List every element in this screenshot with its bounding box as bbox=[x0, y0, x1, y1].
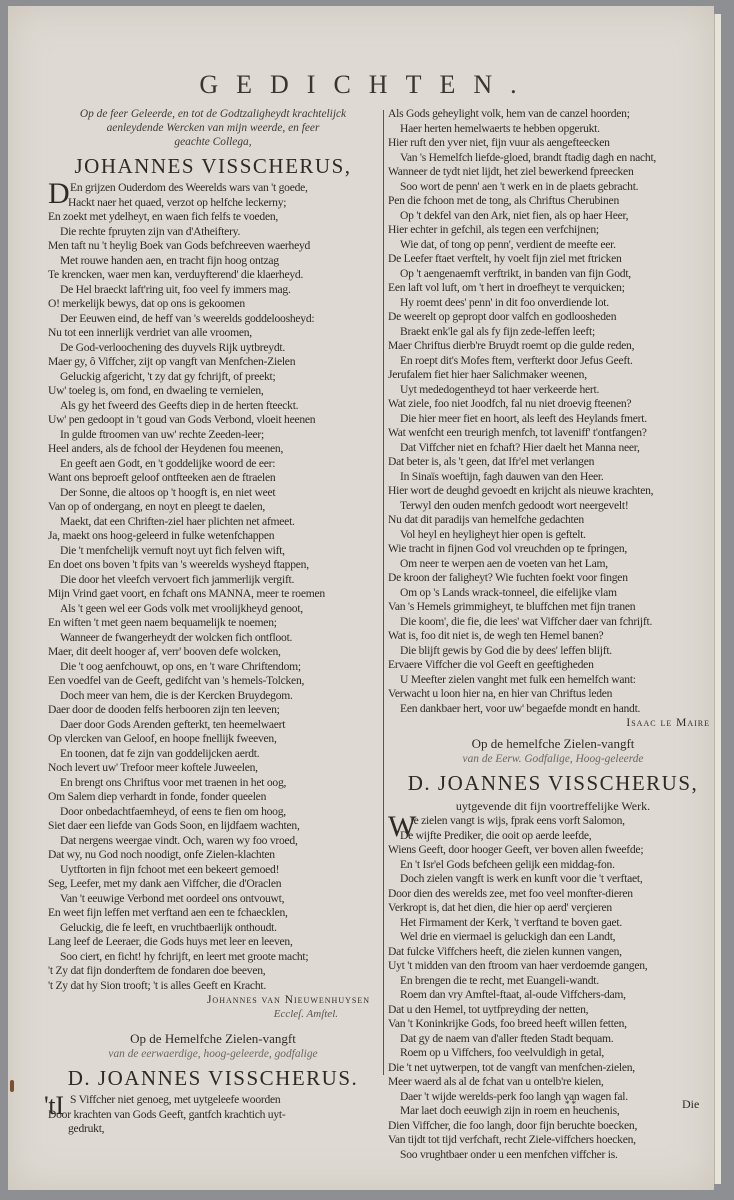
verse-line: Dat u den Hemel, tot uytfpreyding der ne… bbox=[388, 1003, 718, 1018]
verse-line: De weerelt op gepropt door valfch en god… bbox=[388, 310, 718, 325]
poem2-intro-sub: van de eerwaerdige, hoog-geleerde, godfa… bbox=[48, 1047, 378, 1061]
poem3-intro-sub: van de Eerw. Godfalige, Hoog-geleerde bbox=[388, 752, 718, 766]
verse-line: Te krencken, waer men kan, verduyfterend… bbox=[48, 268, 378, 283]
verse-line: De wijfte Prediker, die ooit op aerde le… bbox=[388, 829, 718, 844]
poem3-subheading: uytgevende dit fijn voortreffelijke Werk… bbox=[388, 798, 718, 814]
verse-line: Om neer te werpen aen de voeten van het … bbox=[388, 557, 718, 572]
verse-line: Maer gy, ô Viffcher, zijt op vangft van … bbox=[48, 355, 378, 370]
verse-line: Wat wenfcht een treurigh menfch, tot lav… bbox=[388, 426, 718, 441]
verse-line: Ervaere Viffcher die vol Geeft en geefti… bbox=[388, 658, 718, 673]
verse-line: Dat gy de naem van d'aller fteden Stadt … bbox=[388, 1032, 718, 1047]
verse-line: Uyt mededogentheyd tot haer verkeerde he… bbox=[388, 383, 718, 398]
verse-line: En zoekt met ydelheyt, en waen fich felf… bbox=[48, 210, 378, 225]
verse-line: Als 't geen wel eer Gods volk met vrooli… bbox=[48, 602, 378, 617]
verse-line: Soo vrughtbaer onder u een menfchen viff… bbox=[388, 1148, 718, 1163]
verse-line: Vol heyl en heyligheyt hier open is geft… bbox=[388, 528, 718, 543]
verse-line: Lang leef de Leeraer, die Gods huys met … bbox=[48, 935, 378, 950]
verse-line: Maekt, dat een Chriften-ziel haer plicht… bbox=[48, 515, 378, 530]
verse-line: Mar laet doch eeuwigh zijn in roem en he… bbox=[388, 1104, 718, 1119]
poem3-intro-title: Op de hemelfche Zielen-vangft bbox=[388, 736, 718, 752]
verse-line: Noch levert uw' Trefoor meer koftele Juw… bbox=[48, 761, 378, 776]
intro-line: geachte Collega, bbox=[48, 135, 378, 149]
right-column: Als Gods geheylight volk, hem van de can… bbox=[388, 107, 718, 1162]
verse-line: En doet ons boven 't fpits van 's weerel… bbox=[48, 558, 378, 573]
verse-line: Soo ciert, en ficht! hy fchrijft, en lee… bbox=[48, 950, 378, 965]
verse-line: Der Sonne, die altoos op 't hoogft is, e… bbox=[48, 486, 378, 501]
verse-line: Hier ruft den yver niet, fijn vuur als a… bbox=[388, 136, 718, 151]
verse-line: Op 't dekfel van den Ark, niet fien, als… bbox=[388, 209, 718, 224]
verse-line: Jerufalem fiet hier haer Salichmaker wee… bbox=[388, 368, 718, 383]
verse-line: Geluckig, die fe leeft, en vruchtbaerlij… bbox=[48, 921, 378, 936]
poem1-signature-sub: Eccleſ. Amſtel. bbox=[48, 1007, 378, 1021]
verse-line: En 't Isr'el Gods befcheen gelijk een mi… bbox=[388, 858, 718, 873]
verse-line: Om op 's Lands wrack-tonneel, die eifeli… bbox=[388, 586, 718, 601]
verse-line: Om Salem diep verhardt in fonde, fonder … bbox=[48, 790, 378, 805]
verse-line: En toonen, dat fe zijn van goddelijcken … bbox=[48, 747, 378, 762]
verse-line: Die 't menfchelijk vernuft noyt uyt fich… bbox=[48, 544, 378, 559]
verse-line: Dat beter is, als 't geen, dat Ifr'el me… bbox=[388, 455, 718, 470]
verse-line: gedrukt, bbox=[48, 1122, 378, 1137]
verse-line: Door krachten van Gods Geeft, gantfch kr… bbox=[48, 1108, 378, 1123]
verse-line: Daer door Gods Arenden gefterkt, ten hee… bbox=[48, 718, 378, 733]
intro-line: Op de feer Geleerde, en tot de Godtzalig… bbox=[48, 107, 378, 121]
verse-line: Een laft vol luft, om 't hert in droefhe… bbox=[388, 281, 718, 296]
verse-line: Doch meer van hem, die is der Kercken Br… bbox=[48, 689, 378, 704]
verse-line: Dat Viffcher niet en fchaft? Hier daelt … bbox=[388, 441, 718, 456]
page-title: GEDICHTEN. bbox=[0, 70, 734, 100]
verse-line: Van 's Hemels grimmigheyt, te bluffchen … bbox=[388, 600, 718, 615]
poem1-continued-body: Als Gods geheylight volk, hem van de can… bbox=[388, 107, 718, 716]
verse-line: Die rechte fpruyten zijn van d'Atheifter… bbox=[48, 225, 378, 240]
verse-line: Door onbedachtfaemheyd, of eens te fien … bbox=[48, 805, 378, 820]
verse-line: Wel drie en viermael is geluckigh dan ee… bbox=[388, 930, 718, 945]
verse-line: In Sinaïs woeftijn, fagh dauwen van den … bbox=[388, 470, 718, 485]
left-column: Op de feer Geleerde, en tot de Godtzalig… bbox=[48, 107, 378, 1137]
verse-line: Met rouwe handen aen, en tracht fijn hoo… bbox=[48, 254, 378, 269]
verse-line: Het Firmament der Kerk, 't verftand te b… bbox=[388, 916, 718, 931]
verse-line: Hy roemt dees' penn' in dit foo onverdie… bbox=[388, 296, 718, 311]
verse-line: De Hel braeckt laft'ring uit, foo veel f… bbox=[48, 283, 378, 298]
verse-line: En geeft aen Godt, en 't goddelijke woor… bbox=[48, 457, 378, 472]
verse-text: En grijzen Ouderdom des Weerelds wars va… bbox=[70, 181, 308, 194]
verse-line: Want ons beproeft geloof ontfteeken aen … bbox=[48, 471, 378, 486]
verse-line: Als gy het fweerd des Geefts diep in de … bbox=[48, 399, 378, 414]
verse-line: Van 's Hemelfch liefde-gloed, brandt fta… bbox=[388, 151, 718, 166]
verse-line: DEn grijzen Ouderdom des Weerelds wars v… bbox=[48, 181, 378, 196]
poem1-signature: Johannes van Nieuwenhuysen bbox=[48, 993, 378, 1007]
verse-line: Door dien des werelds zee, met foo veel … bbox=[388, 887, 718, 902]
verse-line: De God-verloochening des duyvels Rijk uy… bbox=[48, 341, 378, 356]
verse-line: Soo wort de penn' aen 't werk en in de p… bbox=[388, 180, 718, 195]
verse-line: Pen die fchoon met de tong, als Chriftus… bbox=[388, 194, 718, 209]
drop-cap: W bbox=[388, 812, 416, 842]
verse-line: Men taft nu 't heylig Boek van Gods befc… bbox=[48, 239, 378, 254]
verse-line: Uyt 't midden van den ftroom van haer ve… bbox=[388, 959, 718, 974]
verse-line: Hier wort de deughd gevoedt en krijcht a… bbox=[388, 484, 718, 499]
verse-line: Daer 't wijde werelds-perk foo langh van… bbox=[388, 1090, 718, 1105]
verse-line: De kroon der faligheyt? Wie fuchten foek… bbox=[388, 571, 718, 586]
verse-line: Verwacht u loon hier na, en hier van Chr… bbox=[388, 687, 718, 702]
verse-text: S Viffcher niet genoeg, met uytgeleefe w… bbox=[70, 1093, 280, 1106]
verse-line: Meer waerd als al de fchat van u ontelb'… bbox=[388, 1075, 718, 1090]
verse-line: Dat wy, nu God noch noodigt, onfe Zielen… bbox=[48, 848, 378, 863]
poem3-body: WIe zielen vangt is wijs, fprak eens vor… bbox=[388, 814, 718, 1162]
verse-line: Dat fulcke Viffchers heeft, die zielen k… bbox=[388, 945, 718, 960]
verse-line: Nu dat dit paradijs van hemelfche gedach… bbox=[388, 513, 718, 528]
verse-line: Wanneer de fwangerheydt der wolcken fich… bbox=[48, 631, 378, 646]
verse-line: Braekt enk'le gal als fy fijn zede-leffe… bbox=[388, 325, 718, 340]
verse-line: U Meefter zielen vanght met fulk een hem… bbox=[388, 673, 718, 688]
verse-line: Die door het vleefch vervoert fich jamme… bbox=[48, 573, 378, 588]
verse-line: Seg, Leefer, met my dank aen Viffcher, d… bbox=[48, 877, 378, 892]
verse-line: Hackt naer het quaed, verzot op helfche … bbox=[48, 196, 378, 211]
verse-line: En weet fijn leffen met verftand aen een… bbox=[48, 906, 378, 921]
verse-line: Roem dan vry Amftel-ftaat, al-oude Viffc… bbox=[388, 988, 718, 1003]
verse-line: En brengt ons Chriftus voor met traenen … bbox=[48, 776, 378, 791]
verse-line: Mijn Vrind gaet voort, en fchaft ons MAN… bbox=[48, 587, 378, 602]
drop-cap: 'tI bbox=[44, 1091, 64, 1121]
verse-line: Als Gods geheylight volk, hem van de can… bbox=[388, 107, 718, 122]
column-divider bbox=[383, 110, 384, 1075]
poem1-body: DEn grijzen Ouderdom des Weerelds wars v… bbox=[48, 181, 378, 993]
verse-line: Doch zielen vangft is werk en kunft voor… bbox=[388, 872, 718, 887]
poem1-heading: JOHANNES VISSCHERUS, bbox=[48, 153, 378, 179]
verse-line: Nu tot een innerlijk verdriet van alle v… bbox=[48, 326, 378, 341]
verse-line: En wiften 't met geen naem bequamelijk t… bbox=[48, 616, 378, 631]
page-stain bbox=[10, 1080, 14, 1092]
verse-line: Op vlercken van Geloof, en hoope fnellij… bbox=[48, 732, 378, 747]
verse-line: Wiens Geeft, door hooger Geeft, ver bove… bbox=[388, 843, 718, 858]
poem3-heading: D. JOANNES VISSCHERUS, bbox=[388, 770, 718, 796]
verse-line: Die blijft gewis by God die by dees' lef… bbox=[388, 644, 718, 659]
verse-line: Daer door de dooden felfs herbooren zijn… bbox=[48, 703, 378, 718]
verse-line: Wat is, foo dit niet is, de wegh ten Hem… bbox=[388, 629, 718, 644]
poem2-intro-title: Op de Hemelfche Zielen-vangft bbox=[48, 1031, 378, 1047]
verse-line: En roept dit's Mofes ftem, verfterkt doo… bbox=[388, 354, 718, 369]
poem1-intro: Op de feer Geleerde, en tot de Godtzalig… bbox=[48, 107, 378, 149]
verse-line: Van 't Koninkrijke Gods, foo breed heeft… bbox=[388, 1017, 718, 1032]
verse-line: Siet daer een liefde van Gods Soon, en l… bbox=[48, 819, 378, 834]
verse-line: Die 't oog aenfchouwt, op ons, en 't war… bbox=[48, 660, 378, 675]
verse-line: Wanneer de tydt niet lijdt, het ziel bew… bbox=[388, 165, 718, 180]
verse-line: Uw' toeleg is, om fond, en dwaeling te v… bbox=[48, 384, 378, 399]
verse-line: Roem op u Viffchers, foo veelvuldigh in … bbox=[388, 1046, 718, 1061]
verse-line: Maer Chriftus dierb're Bruydt roemt op d… bbox=[388, 339, 718, 354]
verse-line: Wie tracht in fijnen God vol vreuchden o… bbox=[388, 542, 718, 557]
verse-line: Heel anders, als de fchool der Heydenen … bbox=[48, 442, 378, 457]
verse-line: Van 't eeuwige Verbond met oordeel ons o… bbox=[48, 892, 378, 907]
verse-line: Een voedfel van de Geeft, gedifcht van '… bbox=[48, 674, 378, 689]
verse-line: 't Zy dat hy Sion trooft; 't is alles Ge… bbox=[48, 979, 378, 994]
verse-line: Ja, maekt ons hoog-geleerd in fulke wete… bbox=[48, 529, 378, 544]
poem1c-signature: Isaac le Maire bbox=[388, 716, 718, 730]
verse-line: Uw' pen gedoopt in 't goud van Gods Verb… bbox=[48, 413, 378, 428]
verse-line: 't Zy dat fijn donderftem de fondaren do… bbox=[48, 964, 378, 979]
verse-line: Wie dat, of tong op penn', verdient de m… bbox=[388, 238, 718, 253]
signature-mark: ** bbox=[565, 1099, 578, 1109]
verse-line: Op 't aengenaemft verftrikt, in banden v… bbox=[388, 267, 718, 282]
verse-line: Dat nergens weergae vindt. Och, waren wy… bbox=[48, 834, 378, 849]
drop-cap: D bbox=[48, 179, 69, 209]
verse-line: Verkropt is, dat het dien, die hier op a… bbox=[388, 901, 718, 916]
verse-line: Die 't net uytwerpen, tot de vangft van … bbox=[388, 1061, 718, 1076]
verse-line: En brengen die te recht, met Euangeli-wa… bbox=[388, 974, 718, 989]
verse-line: Die koom', die fie, die lees' wat Viffch… bbox=[388, 615, 718, 630]
verse-line: Een dankbaer hert, voor uw' begaefde mon… bbox=[388, 702, 718, 717]
verse-line: Maer, dit deelt hooger af, verr' booven … bbox=[48, 645, 378, 660]
verse-line: Haer herten hemelwaerts te hebben opgeru… bbox=[388, 122, 718, 137]
verse-line: In gulde ftroomen van uw' rechte Zeeden-… bbox=[48, 428, 378, 443]
verse-line: De Leefer ftaet verftelt, hy voelt fijn … bbox=[388, 252, 718, 267]
verse-line: Hier echter in gefchil, als tegen een ve… bbox=[388, 223, 718, 238]
verse-line: WIe zielen vangt is wijs, fprak eens vor… bbox=[388, 814, 718, 829]
verse-text: Ie zielen vangt is wijs, fprak eens vorf… bbox=[410, 814, 625, 827]
intro-line: aenleydende Wercken van mijn weerde, en … bbox=[48, 121, 378, 135]
verse-line: O! merkelijk bewys, dat op ons is gekoom… bbox=[48, 297, 378, 312]
verse-line: Dien Viffcher, die foo langh, door fijn … bbox=[388, 1119, 718, 1134]
verse-line: Uytftorten in fijn fchoot met een bekeer… bbox=[48, 863, 378, 878]
verse-line: Van op of ondergang, en noyt en pleegt t… bbox=[48, 500, 378, 515]
verse-line: Geluckig afgericht, 't zy dat gy fchrijf… bbox=[48, 370, 378, 385]
verse-line: Van tijdt tot tijd verfchaft, recht Ziel… bbox=[388, 1133, 718, 1148]
verse-line: Wat ziele, foo niet Joodfch, fal nu niet… bbox=[388, 397, 718, 412]
verse-line: 'tIS Viffcher niet genoeg, met uytgeleef… bbox=[48, 1093, 378, 1108]
verse-line: Terwyl den ouden menfch gedoodt wort nee… bbox=[388, 499, 718, 514]
verse-line: Der Eeuwen eind, de heff van 's weerelds… bbox=[48, 312, 378, 327]
poem2-heading: D. JOANNES VISSCHERUS. bbox=[48, 1065, 378, 1091]
verse-line: Die hier meer fiet en hoort, als leeft d… bbox=[388, 412, 718, 427]
poem2-body: 'tIS Viffcher niet genoeg, met uytgeleef… bbox=[48, 1093, 378, 1137]
catchword: Die bbox=[682, 1097, 699, 1112]
